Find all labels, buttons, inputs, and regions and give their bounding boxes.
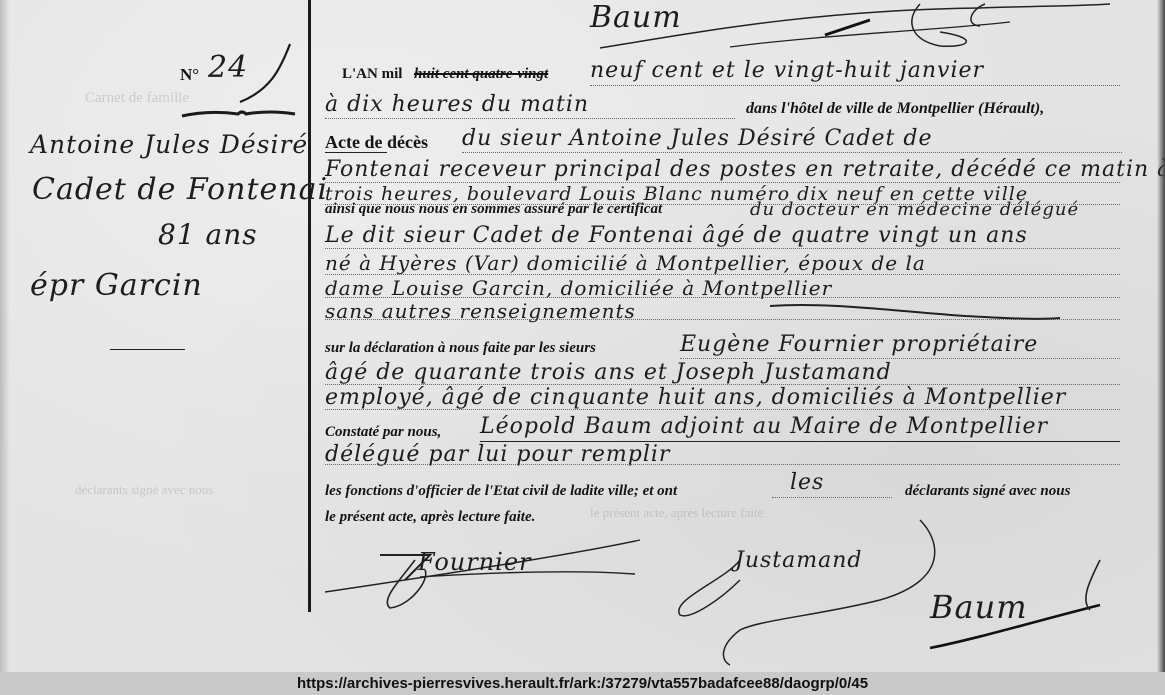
struck-printed-text: huit cent quatre-vingt	[414, 66, 548, 83]
margin-age: 81 ans	[158, 218, 258, 251]
fill-line	[462, 152, 1122, 153]
fill-line	[325, 274, 1120, 275]
fill-line	[325, 248, 1120, 249]
bleed-through-text: Carnet de famille	[85, 90, 189, 107]
certificate-handwritten: du docteur en médecine délégué	[750, 199, 1079, 220]
title-underline	[325, 152, 387, 153]
signature-top-flourish	[560, 0, 1120, 60]
age-handwritten: Le dit sieur Cadet de Fontenai âgé de qu…	[325, 223, 1028, 248]
printed-attested-by: Constaté par nous,	[325, 424, 441, 441]
fill-line	[325, 118, 735, 119]
occupation-handwritten: Fontenai receveur principal des postes e…	[325, 157, 1165, 182]
bleed-through-text: le présent acte, après lecture faite	[590, 505, 763, 521]
printed-certificate-clause: ainsi que nous nous en sommes assuré par…	[325, 201, 662, 218]
printed-year-prefix: L'AN mil	[342, 66, 402, 83]
officer-handwritten: Léopold Baum adjoint au Maire de Montpel…	[480, 414, 1048, 439]
margin-spouse: épr Garcin	[30, 268, 203, 303]
printed-declaration-clause: sur la déclaration à nous faite par les …	[325, 340, 596, 357]
fill-line	[590, 85, 1120, 86]
fill-line	[772, 497, 892, 498]
printed-place: dans l'hôtel de ville de Montpellier (Hé…	[746, 100, 1044, 118]
fill-line	[325, 297, 1120, 298]
act-title: Acte de décès	[325, 132, 428, 153]
record-number-flourish	[180, 40, 300, 120]
deceased-handwritten: du sieur Antoine Jules Désiré Cadet de	[462, 126, 932, 151]
signature-declarant-2: Justamand	[735, 548, 862, 573]
signature-officer: Baum	[930, 588, 1028, 626]
margin-name-line2: Cadet de Fontenai	[32, 172, 328, 207]
source-url-bar: https://archives-pierresvives.herault.fr…	[0, 672, 1165, 695]
time-handwritten: à dix heures du matin	[325, 92, 589, 117]
declarant-1-handwritten: Eugène Fournier propriétaire	[680, 332, 1038, 357]
fill-line	[325, 409, 1120, 410]
source-url[interactable]: https://archives-pierresvives.herault.fr…	[297, 675, 868, 692]
margin-closing-rule	[110, 349, 185, 350]
margin-name-line1: Antoine Jules Désiré	[30, 130, 308, 159]
date-handwritten: neuf cent et le vingt-huit janvier	[590, 58, 984, 83]
printed-signed-clause: déclarants signé avec nous	[905, 483, 1070, 500]
declarant-2-details-handwritten: employé, âgé de cinquante huit ans, domi…	[325, 385, 1066, 410]
column-divider	[308, 0, 311, 612]
printed-functions-clause: les fonctions d'officier de l'Etat civil…	[325, 483, 677, 500]
scanned-document-page: Carnet de famille déclarants signé avec …	[0, 0, 1165, 672]
fill-line	[325, 464, 1120, 465]
declarant-2-handwritten: âgé de quarante trois ans et Joseph Just…	[325, 360, 892, 385]
signature-declarant-1: Fournier	[418, 548, 532, 576]
fill-line	[680, 358, 1120, 359]
birthplace-handwritten: né à Hyères (Var) domicilié à Montpellie…	[325, 251, 926, 275]
bleed-through-text: déclarants signé avec nous	[75, 482, 213, 498]
declarants-signed-handwritten: les	[790, 470, 824, 495]
